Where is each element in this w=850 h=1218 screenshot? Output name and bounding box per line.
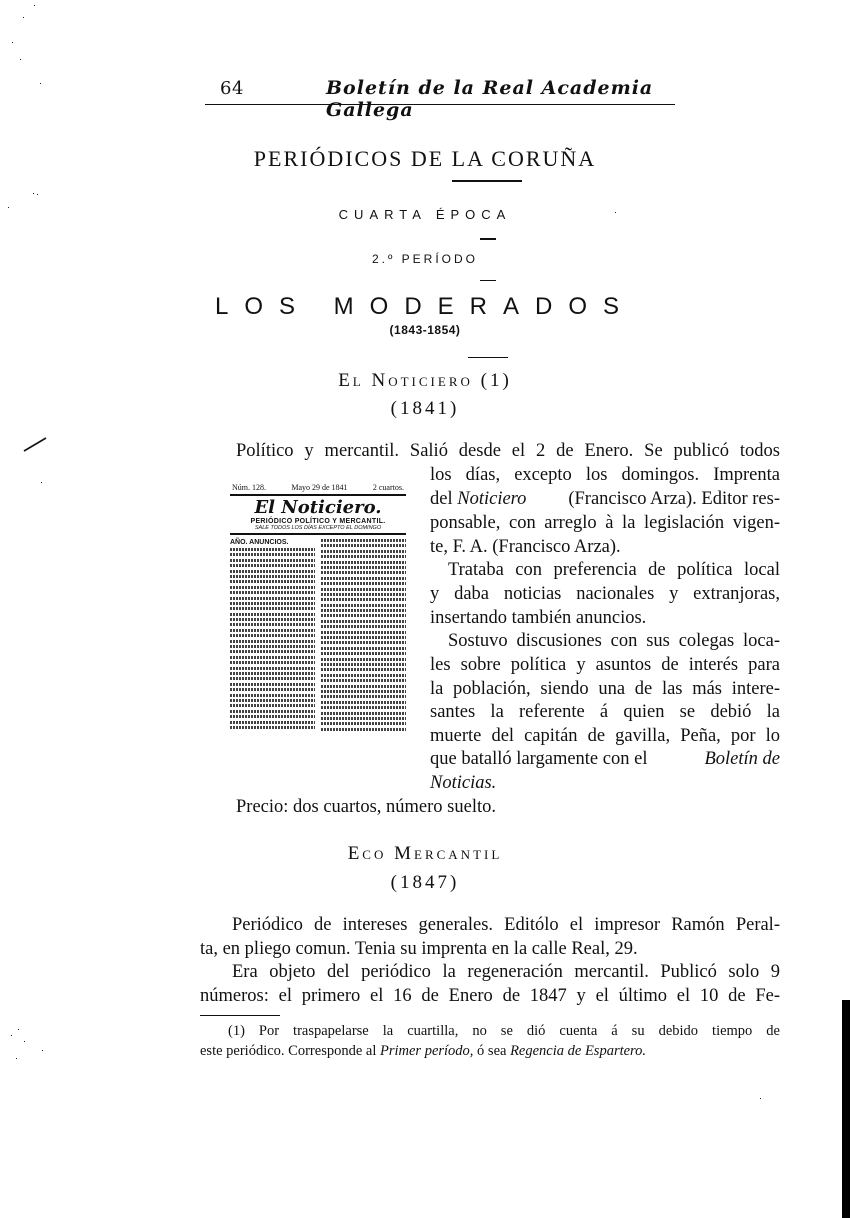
journal-title: Boletín de la Real Academia Gallega — [326, 77, 664, 121]
text-fragment: que batalló largamente con el — [430, 748, 647, 772]
facsimile-rule — [230, 533, 406, 535]
text-fragment: (Francisco Arza). Editor res- — [568, 488, 780, 512]
text-line: Noticias. — [430, 772, 496, 796]
issue-price: 2 cuartos. — [373, 483, 404, 492]
periodo-heading: 2.º PERÍODO — [0, 252, 850, 266]
issue-number: Núm. 128. — [232, 483, 266, 492]
footnote-line: este periódico. Corresponde al Primer pe… — [200, 1041, 646, 1061]
text-line: te, F. A. (Francisco Arza). — [430, 536, 621, 560]
margin-pen-mark — [20, 435, 50, 455]
facsimile-subtitle2: SALE TODOS LOS DÍAS EXCEPTO EL DOMINGO — [230, 525, 406, 531]
running-head: 64 Boletín de la Real Academia Gallega — [218, 74, 664, 104]
noticiero-title: El Noticiero (1) — [0, 370, 850, 392]
newspaper-facsimile: Núm. 128. Mayo 29 de 1841 2 cuartos. El … — [230, 483, 406, 773]
section-divider — [468, 357, 508, 358]
italic-title: Primer período, — [380, 1043, 473, 1059]
periodo-divider — [480, 280, 496, 281]
text-line: Político y mercantil. Salió desde el 2 d… — [236, 440, 780, 464]
facsimile-column-right — [321, 539, 406, 733]
text-line: insertando también anuncios. — [430, 607, 646, 631]
epoca-divider — [480, 238, 496, 240]
text-line: muerte del capitán de gavilla, Peña, por… — [430, 725, 780, 749]
text-line: Trataba con preferencia de política loca… — [448, 559, 780, 583]
text-line: los días, excepto los domingos. Imprenta — [430, 464, 780, 488]
italic-title: Noticiero — [457, 489, 526, 509]
footnote-rule — [200, 1015, 280, 1016]
eco-title: Eco Mercantil — [0, 843, 850, 865]
scan-edge-shadow — [842, 1000, 850, 1218]
noticiero-year: (1841) — [0, 398, 850, 420]
eco-year: (1847) — [0, 872, 850, 894]
italic-title: Boletín de — [704, 748, 780, 772]
italic-title: Noticias. — [430, 773, 496, 793]
text-line: Era objeto del periódico la regeneración… — [232, 961, 780, 985]
moderados-years: (1843-1854) — [0, 323, 850, 337]
facsimile-column-left: AÑO. ANUNCIOS. — [230, 539, 315, 733]
text-line: números: el primero el 16 de Enero de 18… — [200, 985, 780, 1009]
facsimile-subtitle: PERIÓDICO POLÍTICO Y MERCANTIL. — [230, 518, 406, 525]
footnote-line: (1) Por traspapelarse la cuartilla, no s… — [228, 1021, 780, 1041]
text-line: Periódico de intereses generales. Editól… — [232, 914, 780, 938]
text-line: la población, siendo una de las más inte… — [430, 678, 780, 702]
price-line: Precio: dos cuartos, número suelto. — [236, 796, 496, 820]
facsimile-name: El Noticiero. — [230, 498, 406, 518]
facsimile-masthead: Núm. 128. Mayo 29 de 1841 2 cuartos. — [230, 483, 406, 492]
epoca-heading: CUARTA ÉPOCA — [0, 207, 850, 222]
page-number: 64 — [220, 78, 244, 99]
text-fragment: del — [430, 489, 453, 509]
title-divider — [452, 180, 522, 182]
text-fragment: ó sea — [477, 1043, 506, 1059]
text-line: les sobre política y asuntos de interés … — [430, 654, 780, 678]
moderados-heading: LOS MODERADOS — [0, 293, 850, 321]
text-line: ta, en pliego comun. Tenia su imprenta e… — [200, 938, 638, 962]
facsimile-rule — [230, 494, 406, 496]
text-line: ponsable, con arreglo à la legislación v… — [430, 512, 780, 536]
italic-title: Regencia de Espartero. — [510, 1043, 646, 1059]
text-line: Sostuvo discusiones con sus colegas loca… — [448, 630, 780, 654]
main-title: PERIÓDICOS DE LA CORUÑA — [0, 146, 850, 172]
facsimile-column-head: AÑO. ANUNCIOS. — [230, 539, 315, 546]
text-line: que batalló largamente con el Boletín de — [430, 748, 780, 772]
header-rule — [205, 104, 675, 105]
facsimile-columns: AÑO. ANUNCIOS. — [230, 539, 406, 733]
text-line: y daba noticias nacionales y extranjoras… — [430, 583, 780, 607]
issue-date: Mayo 29 de 1841 — [291, 483, 347, 492]
text-line: santes la referente á quien se debió la — [430, 701, 780, 725]
text-line: del Noticiero (Francisco Arza). Editor r… — [430, 488, 780, 512]
text-fragment: este periódico. Corresponde al — [200, 1043, 376, 1059]
